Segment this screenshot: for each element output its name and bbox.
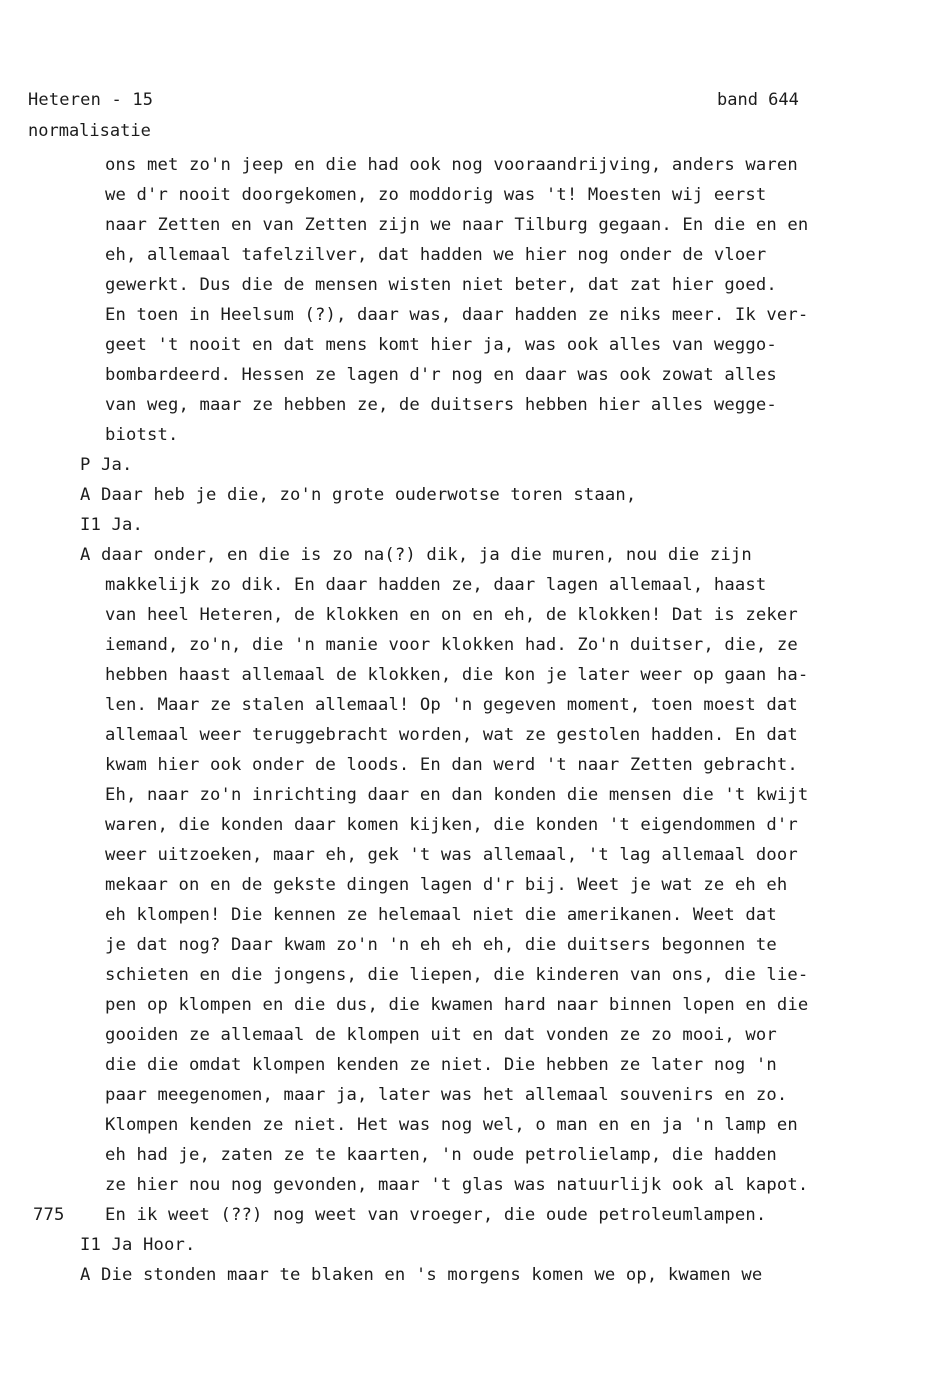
transcript-line: iemand, zo'n, die 'n manie voor klokken …	[0, 630, 941, 660]
transcript-line: A Die stonden maar te blaken en 's morge…	[0, 1260, 941, 1290]
line-text: Klompen kenden ze niet. Het was nog wel,…	[105, 1110, 798, 1140]
line-text: schieten en die jongens, die liepen, die…	[105, 960, 808, 990]
transcript-line: Eh, naar zo'n inrichting daar en dan kon…	[0, 780, 941, 810]
line-text: kwam hier ook onder de loods. En dan wer…	[105, 750, 798, 780]
transcript-line: eh klompen! Die kennen ze helemaal niet …	[0, 900, 941, 930]
typewritten-transcript-page: Heteren - 15 band 644 normalisatie ons m…	[0, 0, 941, 1393]
line-text: I1 Ja Hoor.	[80, 1230, 195, 1260]
line-text: allemaal weer teruggebracht worden, wat …	[105, 720, 798, 750]
line-text: geet 't nooit en dat mens komt hier ja, …	[105, 330, 777, 360]
transcript-line: gewerkt. Dus die de mensen wisten niet b…	[0, 270, 941, 300]
line-text: we d'r nooit doorgekomen, zo moddorig wa…	[105, 180, 766, 210]
transcript-line: kwam hier ook onder de loods. En dan wer…	[0, 750, 941, 780]
line-text: pen op klompen en die dus, die kwamen ha…	[105, 990, 808, 1020]
transcript-line: I1 Ja Hoor.	[0, 1230, 941, 1260]
transcript-line: van heel Heteren, de klokken en on en eh…	[0, 600, 941, 630]
transcript-line: hebben haast allemaal de klokken, die ko…	[0, 660, 941, 690]
line-text: makkelijk zo dik. En daar hadden ze, daa…	[105, 570, 766, 600]
line-text: En toen in Heelsum (?), daar was, daar h…	[105, 300, 808, 330]
line-text: P Ja.	[80, 450, 133, 480]
transcript-line: A Daar heb je die, zo'n grote ouderwotse…	[0, 480, 941, 510]
line-number: 775	[33, 1200, 65, 1230]
transcript-line: pen op klompen en die dus, die kwamen ha…	[0, 990, 941, 1020]
line-text: waren, die konden daar komen kijken, die…	[105, 810, 798, 840]
tape-number: band 644	[717, 90, 799, 110]
line-text: Eh, naar zo'n inrichting daar en dan kon…	[105, 780, 808, 810]
line-text: gewerkt. Dus die de mensen wisten niet b…	[105, 270, 777, 300]
transcript-line: allemaal weer teruggebracht worden, wat …	[0, 720, 941, 750]
line-text: I1 Ja.	[80, 510, 143, 540]
line-text: len. Maar ze stalen allemaal! Op 'n gege…	[105, 690, 798, 720]
transcript-line: eh, allemaal tafelzilver, dat hadden we …	[0, 240, 941, 270]
line-text: naar Zetten en van Zetten zijn we naar T…	[105, 210, 808, 240]
line-text: van heel Heteren, de klokken en on en eh…	[105, 600, 798, 630]
transcript-line: bombardeerd. Hessen ze lagen d'r nog en …	[0, 360, 941, 390]
line-text: eh, allemaal tafelzilver, dat hadden we …	[105, 240, 766, 270]
transcript-line: we d'r nooit doorgekomen, zo moddorig wa…	[0, 180, 941, 210]
line-text: eh had je, zaten ze te kaarten, 'n oude …	[105, 1140, 777, 1170]
line-text: A Die stonden maar te blaken en 's morge…	[80, 1260, 762, 1290]
line-text: van weg, maar ze hebben ze, de duitsers …	[105, 390, 777, 420]
transcript-line: 775En ik weet (??) nog weet van vroeger,…	[0, 1200, 941, 1230]
transcript-line: schieten en die jongens, die liepen, die…	[0, 960, 941, 990]
line-text: bombardeerd. Hessen ze lagen d'r nog en …	[105, 360, 777, 390]
transcript-line: eh had je, zaten ze te kaarten, 'n oude …	[0, 1140, 941, 1170]
transcript-line: gooiden ze allemaal de klompen uit en da…	[0, 1020, 941, 1050]
line-text: eh klompen! Die kennen ze helemaal niet …	[105, 900, 777, 930]
transcript-line: die die omdat klompen kenden ze niet. Di…	[0, 1050, 941, 1080]
transcript-line: len. Maar ze stalen allemaal! Op 'n gege…	[0, 690, 941, 720]
line-text: weer uitzoeken, maar eh, gek 't was alle…	[105, 840, 798, 870]
line-text: ons met zo'n jeep en die had ook nog voo…	[105, 150, 798, 180]
transcript-line: mekaar on en de gekste dingen lagen d'r …	[0, 870, 941, 900]
line-text: A daar onder, en die is zo na(?) dik, ja…	[80, 540, 752, 570]
line-text: biotst.	[105, 420, 178, 450]
line-text: En ik weet (??) nog weet van vroeger, di…	[105, 1200, 766, 1230]
transcript-line: weer uitzoeken, maar eh, gek 't was alle…	[0, 840, 941, 870]
transcript-line: Klompen kenden ze niet. Het was nog wel,…	[0, 1110, 941, 1140]
line-text: A Daar heb je die, zo'n grote ouderwotse…	[80, 480, 636, 510]
transcript-line: van weg, maar ze hebben ze, de duitsers …	[0, 390, 941, 420]
document-title: Heteren - 15	[28, 90, 153, 110]
transcript-line: naar Zetten en van Zetten zijn we naar T…	[0, 210, 941, 240]
line-text: paar meegenomen, maar ja, later was het …	[105, 1080, 787, 1110]
line-text: mekaar on en de gekste dingen lagen d'r …	[105, 870, 787, 900]
transcript-line: paar meegenomen, maar ja, later was het …	[0, 1080, 941, 1110]
transcript-line: P Ja.	[0, 450, 941, 480]
line-text: die die omdat klompen kenden ze niet. Di…	[105, 1050, 777, 1080]
transcript-line: I1 Ja.	[0, 510, 941, 540]
transcript-line: ze hier nou nog gevonden, maar 't glas w…	[0, 1170, 941, 1200]
transcript-line: ons met zo'n jeep en die had ook nog voo…	[0, 150, 941, 180]
document-subtitle: normalisatie	[28, 121, 151, 141]
transcript-line: A daar onder, en die is zo na(?) dik, ja…	[0, 540, 941, 570]
transcript-line: waren, die konden daar komen kijken, die…	[0, 810, 941, 840]
transcript-line: biotst.	[0, 420, 941, 450]
transcript-line: je dat nog? Daar kwam zo'n 'n eh eh eh, …	[0, 930, 941, 960]
transcript-body: ons met zo'n jeep en die had ook nog voo…	[0, 150, 941, 1290]
transcript-line: makkelijk zo dik. En daar hadden ze, daa…	[0, 570, 941, 600]
line-text: hebben haast allemaal de klokken, die ko…	[105, 660, 808, 690]
line-text: iemand, zo'n, die 'n manie voor klokken …	[105, 630, 798, 660]
line-text: gooiden ze allemaal de klompen uit en da…	[105, 1020, 777, 1050]
line-text: ze hier nou nog gevonden, maar 't glas w…	[105, 1170, 808, 1200]
transcript-line: geet 't nooit en dat mens komt hier ja, …	[0, 330, 941, 360]
transcript-line: En toen in Heelsum (?), daar was, daar h…	[0, 300, 941, 330]
line-text: je dat nog? Daar kwam zo'n 'n eh eh eh, …	[105, 930, 777, 960]
